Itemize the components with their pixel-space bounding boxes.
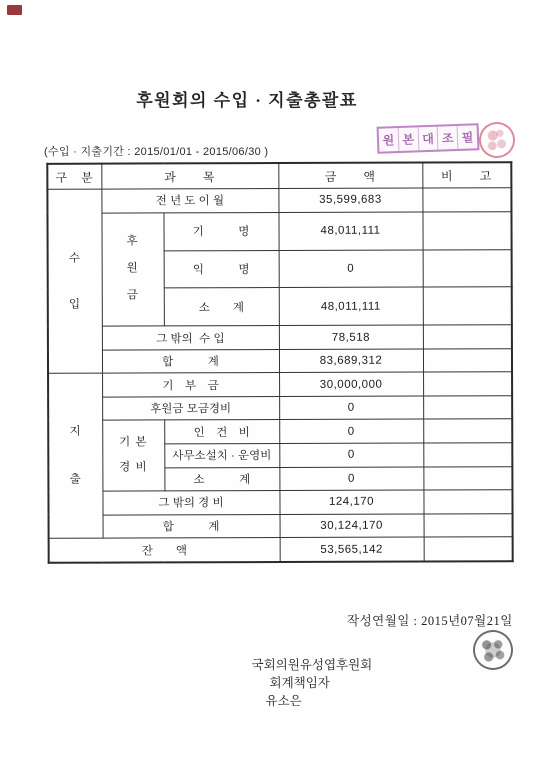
table-row: 수 입 전 년 도 이 월 35,599,683 <box>47 188 511 213</box>
amount-cell: 35,599,683 <box>278 188 422 212</box>
table-row: 그 밖의 경 비 124,170 <box>48 490 512 515</box>
table-row: 합 계 83,689,312 <box>48 349 512 374</box>
note-cell <box>422 211 511 249</box>
accountant-role-label: 회계책임자 <box>270 676 330 690</box>
note-cell <box>423 396 512 420</box>
amount-cell: 78,518 <box>279 325 423 349</box>
table-header-row: 구 분 과 목 금 액 비 고 <box>47 162 511 189</box>
scan-corner-mark <box>7 5 22 15</box>
amount-cell: 0 <box>279 467 423 491</box>
subject-cell: 기 명 <box>163 212 278 250</box>
note-cell <box>423 325 512 349</box>
note-cell <box>423 419 512 443</box>
stamp-char: 조 <box>438 126 459 150</box>
table-row: 기 본 경 비 인 건 비 0 <box>48 419 512 444</box>
subject-cell: 후원금 모금경비 <box>102 396 279 420</box>
note-cell <box>423 372 512 396</box>
table-row: 합 계 30,124,170 <box>49 513 513 538</box>
header-category: 구 분 <box>47 164 101 190</box>
table-row: 지 출 기 부 금 30,000,000 <box>48 372 512 397</box>
amount-cell: 48,011,111 <box>279 287 423 325</box>
table-row: 그 밖의 수 입 78,518 <box>48 325 512 350</box>
income-group-cell: 수 입 <box>47 189 102 373</box>
header-amount: 금 액 <box>278 163 422 189</box>
stamp-char: 필 <box>458 125 478 149</box>
amount-cell: 124,170 <box>279 490 423 514</box>
organization-name: 국회의원유성엽후원회 <box>252 658 373 672</box>
page-title: 후원회의 수입 · 지출총괄표 <box>0 86 494 111</box>
note-cell <box>423 287 512 325</box>
note-cell <box>422 188 511 212</box>
amount-cell: 53,565,142 <box>280 537 424 562</box>
red-round-seal-icon <box>477 120 518 161</box>
expenditure-group-cell: 지 출 <box>48 373 103 538</box>
stamp-char: 원 <box>379 128 400 152</box>
amount-cell: 0 <box>279 396 423 420</box>
subject-cell: 소 계 <box>164 467 279 491</box>
header-note: 비 고 <box>422 162 511 188</box>
amount-cell: 48,011,111 <box>278 212 422 250</box>
written-date: 작성연월일 : 2015년07월21일 <box>347 611 513 629</box>
subject-cell: 그 밖의 경 비 <box>102 491 279 515</box>
note-cell <box>424 513 513 537</box>
amount-cell: 83,689,312 <box>279 349 423 373</box>
subject-cell: 잔 액 <box>49 538 280 563</box>
subject-cell: 익 명 <box>164 250 279 288</box>
summary-table-wrap: 구 분 과 목 금 액 비 고 수 입 전 년 도 이 월 35,599,683… <box>46 161 513 564</box>
balance-row: 잔 액 53,565,142 <box>49 537 513 563</box>
donation-group-cell: 후 원 금 <box>101 213 163 327</box>
subject-cell: 그 밖의 수 입 <box>102 326 279 350</box>
amount-cell: 0 <box>279 250 423 288</box>
stamp-char: 본 <box>398 127 419 151</box>
note-cell <box>423 249 512 287</box>
amount-cell: 0 <box>279 419 423 443</box>
subject-cell: 기 부 금 <box>102 373 279 397</box>
accountant-round-seal-icon <box>471 628 515 672</box>
subject-cell: 인 건 비 <box>164 420 279 444</box>
amount-cell: 30,000,000 <box>279 372 423 396</box>
summary-table: 구 분 과 목 금 액 비 고 수 입 전 년 도 이 월 35,599,683… <box>46 161 513 564</box>
note-cell <box>423 490 512 514</box>
certification-stamp: 원 본 대 조 필 <box>377 123 480 154</box>
accountant-name: 유소은 <box>266 694 302 708</box>
subject-cell: 소 계 <box>164 288 279 326</box>
subject-cell: 사무소설치 · 운영비 <box>164 444 279 468</box>
table-row: 후원금 모금경비 0 <box>48 396 512 421</box>
header-subject: 과 목 <box>101 163 278 189</box>
table-row: 후 원 금 기 명 48,011,111 <box>47 211 511 250</box>
subject-cell: 합 계 <box>103 514 280 538</box>
amount-cell: 0 <box>279 443 423 467</box>
note-cell <box>423 466 512 490</box>
note-cell <box>423 443 512 467</box>
note-cell <box>424 537 513 562</box>
amount-cell: 30,124,170 <box>280 514 424 538</box>
subject-cell: 전 년 도 이 월 <box>101 189 278 213</box>
note-cell <box>423 349 512 373</box>
period-label: (수입 · 지출기간 : 2015/01/01 - 2015/06/30 ) <box>44 143 268 159</box>
signature-line: 국회의원유성엽후원회 회계책임자 유소은 <box>239 640 372 724</box>
basic-expense-group-cell: 기 본 경 비 <box>102 420 164 491</box>
stamp-char: 대 <box>418 127 439 151</box>
scanned-document-page: 후원회의 수입 · 지출총괄표 원 본 대 조 필 (수입 · 지출기간 : 2… <box>0 0 537 758</box>
subject-cell: 합 계 <box>102 349 279 373</box>
